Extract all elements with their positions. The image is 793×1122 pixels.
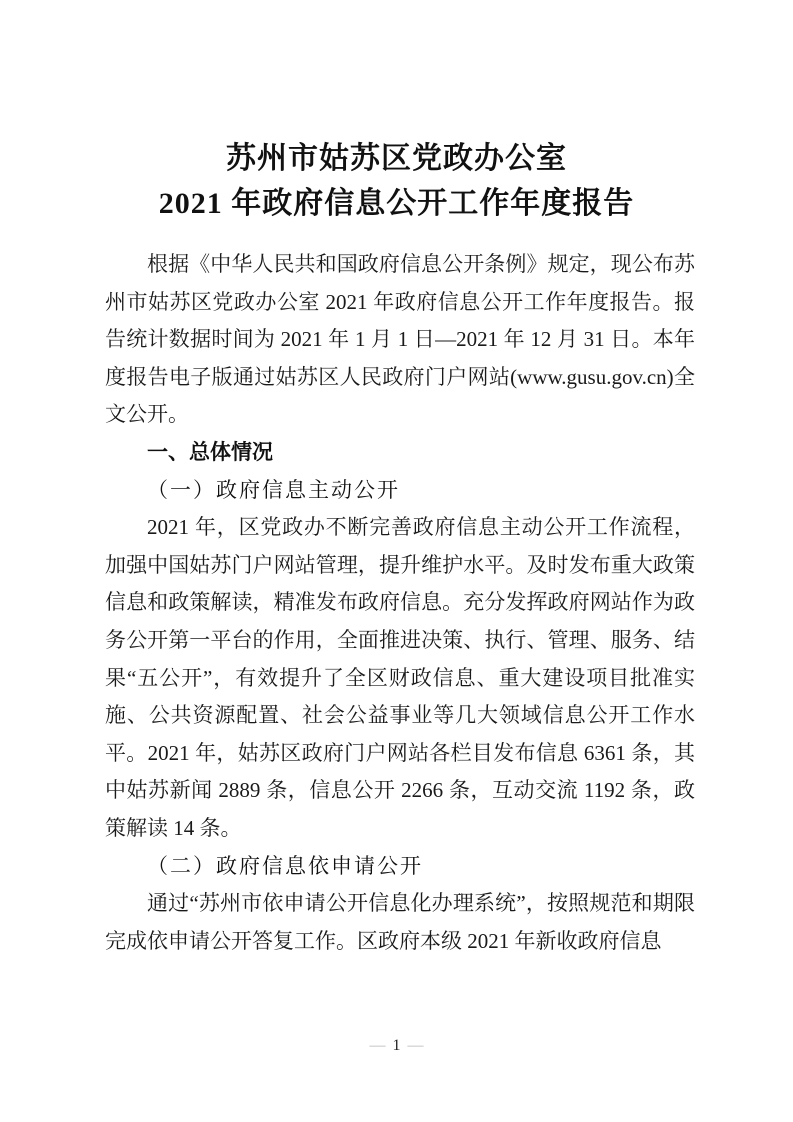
title-line-1: 苏州市姑苏区党政办公室: [0, 136, 793, 181]
section-heading-overall-situation: 一、总体情况: [105, 434, 695, 472]
page-number: —1—: [0, 1036, 793, 1056]
page-number-value: 1: [393, 1037, 401, 1054]
document-page: 苏州市姑苏区党政办公室 2021 年政府信息公开工作年度报告 根据《中华人民共和…: [0, 0, 793, 1122]
subsection-heading-proactive-disclosure: （一）政府信息主动公开: [105, 472, 695, 510]
document-title: 苏州市姑苏区党政办公室 2021 年政府信息公开工作年度报告: [0, 136, 793, 226]
title-line-2: 2021 年政府信息公开工作年度报告: [0, 181, 793, 226]
proactive-disclosure-paragraph: 2021 年，区党政办不断完善政府信息主动公开工作流程，加强中国姑苏门户网站管理…: [105, 509, 695, 847]
page-number-dash-left: —: [370, 1037, 386, 1054]
subsection-heading-disclosure-upon-request: （二）政府信息依申请公开: [105, 848, 695, 886]
disclosure-upon-request-paragraph: 通过“苏州市依申请公开信息化办理系统”，按照规范和期限完成依申请公开答复工作。区…: [105, 885, 695, 960]
page-number-dash-right: —: [408, 1037, 424, 1054]
document-body: 根据《中华人民共和国政府信息公开条例》规定，现公布苏州市姑苏区党政办公室 202…: [105, 246, 695, 960]
intro-paragraph: 根据《中华人民共和国政府信息公开条例》规定，现公布苏州市姑苏区党政办公室 202…: [105, 246, 695, 434]
